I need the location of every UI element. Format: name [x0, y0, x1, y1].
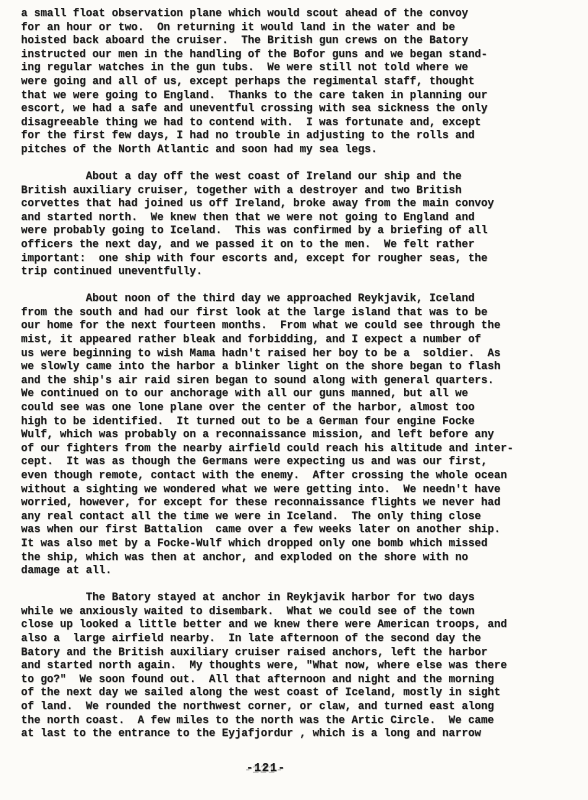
- text-line: It was also met by a Focke-Wulf which dr…: [21, 538, 531, 552]
- paragraph: About a day off the west coast of Irelan…: [21, 171, 531, 280]
- text-line: even though remote, contact with the ene…: [21, 470, 531, 484]
- text-line: at last to the entrance to the Eyjafjord…: [21, 728, 531, 742]
- text-line: close up looked a little better and we k…: [21, 619, 531, 633]
- text-line: The Batory stayed at anchor in Reykjavik…: [21, 592, 531, 606]
- text-line: and the ship's air raid siren began to s…: [21, 375, 531, 389]
- text-line: could see was one lone plane over the ce…: [21, 402, 531, 416]
- text-line: hoisted back aboard the cruiser. The Bri…: [21, 35, 531, 49]
- text-line: mist, it appeared rather bleak and forbi…: [21, 334, 531, 348]
- page-text: a small float observation plane which wo…: [21, 8, 531, 742]
- text-line: instructed our men in the handling of th…: [21, 49, 531, 63]
- text-line: worried, however, for except for these r…: [21, 497, 531, 511]
- text-line: high to be identified. It turned out to …: [21, 416, 531, 430]
- text-line: while we anxiously waited to disembark. …: [21, 606, 531, 620]
- page-number: -121-: [21, 762, 511, 775]
- text-line: also a large airfield nearby. In late af…: [21, 633, 531, 647]
- text-line: any real contact all the time we were in…: [21, 511, 531, 525]
- text-line: were going and all of us, except perhaps…: [21, 76, 531, 90]
- text-line: of the next day we sailed along the west…: [21, 687, 531, 701]
- text-line: of land. We rounded the northwest corner…: [21, 701, 531, 715]
- text-line: escort, we had a safe and uneventful cro…: [21, 103, 531, 117]
- text-line: for an hour or two. On returning it woul…: [21, 22, 531, 36]
- text-line: disagreeable thing we had to contend wit…: [21, 117, 531, 131]
- text-line: About noon of the third day we approache…: [21, 293, 531, 307]
- text-line: pitches of the North Atlantic and soon h…: [21, 144, 531, 158]
- text-line: About a day off the west coast of Irelan…: [21, 171, 531, 185]
- text-line: was when our first Battalion came over a…: [21, 524, 531, 538]
- text-line: without a sighting we wondered what we w…: [21, 484, 531, 498]
- paragraph: a small float observation plane which wo…: [21, 8, 531, 158]
- text-line: officers the next day, and we passed it …: [21, 239, 531, 253]
- text-line: were probably going to Iceland. This was…: [21, 225, 531, 239]
- text-line: We continued on to our anchorage with al…: [21, 388, 531, 402]
- text-line: important: one ship with four escorts an…: [21, 253, 531, 267]
- text-line: the north coast. A few miles to the nort…: [21, 715, 531, 729]
- text-line: cept. It was as though the Germans were …: [21, 456, 531, 470]
- text-line: corvettes that had joined us off Ireland…: [21, 198, 531, 212]
- text-line: Batory and the British auxiliary cruiser…: [21, 647, 531, 661]
- text-line: from the south and had our first look at…: [21, 307, 531, 321]
- text-line: for the first few days, I had no trouble…: [21, 130, 531, 144]
- text-line: us were beginning to wish Mama hadn't ra…: [21, 348, 531, 362]
- paragraph: About noon of the third day we approache…: [21, 293, 531, 578]
- text-line: and started north. We knew then that we …: [21, 212, 531, 226]
- text-line: Wulf, which was probably on a reconnaiss…: [21, 429, 531, 443]
- text-line: British auxiliary cruiser, together with…: [21, 185, 531, 199]
- text-line: of our fighters from the nearby airfield…: [21, 443, 531, 457]
- text-line: a small float observation plane which wo…: [21, 8, 531, 22]
- text-line: our home for the next fourteen months. F…: [21, 320, 531, 334]
- text-line: ing regular watches in the gun tubs. We …: [21, 62, 531, 76]
- text-line: that we were going to England. Thanks to…: [21, 90, 531, 104]
- text-line: and started north again. My thoughts wer…: [21, 660, 531, 674]
- scanned-document-page: a small float observation plane which wo…: [0, 0, 588, 800]
- paragraph: The Batory stayed at anchor in Reykjavik…: [21, 592, 531, 742]
- text-line: to go?" We soon found out. All that afte…: [21, 674, 531, 688]
- text-line: damage at all.: [21, 565, 531, 579]
- text-line: the ship, which was then at anchor, and …: [21, 552, 531, 566]
- text-line: trip continued uneventfully.: [21, 266, 531, 280]
- text-line: we slowly came into the harbor a blinker…: [21, 361, 531, 375]
